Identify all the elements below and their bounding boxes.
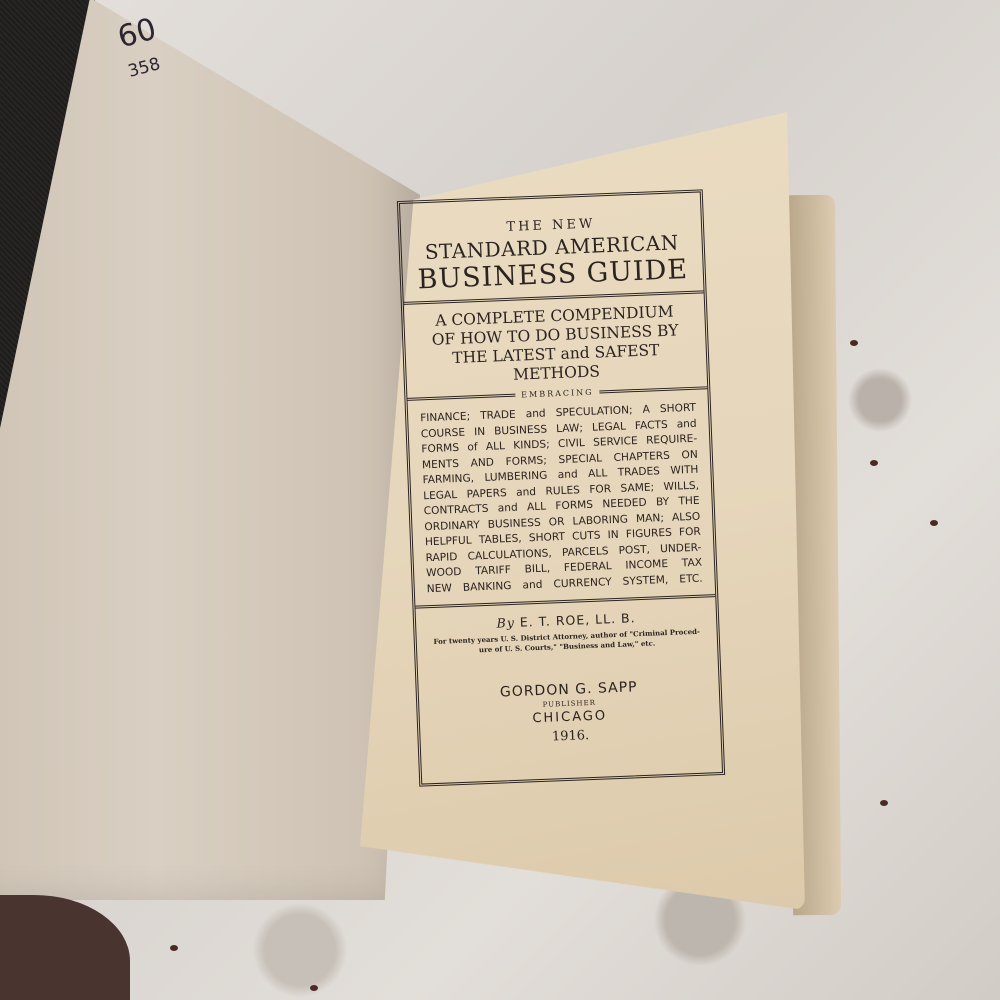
carpet-speck (850, 340, 858, 346)
carpet-speck (870, 460, 878, 466)
carpet-speck (170, 945, 178, 951)
embracing-label: EMBRACING (521, 388, 594, 400)
holding-thumb (0, 895, 130, 1000)
carpet-speck (310, 985, 318, 991)
title-page-frame: THE NEW STANDARD AMERICAN BUSINESS GUIDE… (397, 189, 725, 786)
subtitle: A COMPLETE COMPENDIUM OF HOW TO DO BUSIN… (412, 298, 699, 393)
carpet-speck (930, 520, 938, 526)
carpet-speck (880, 800, 888, 806)
byline-prefix: By (496, 615, 515, 631)
divider-line (599, 386, 707, 393)
left-endpaper (0, 0, 420, 900)
divider-line (407, 394, 515, 401)
contents-summary: FINANCE; TRADE and SPECULATION; A SHORT … (416, 395, 707, 602)
author-name: E. T. ROE, LL. B. (520, 610, 636, 629)
